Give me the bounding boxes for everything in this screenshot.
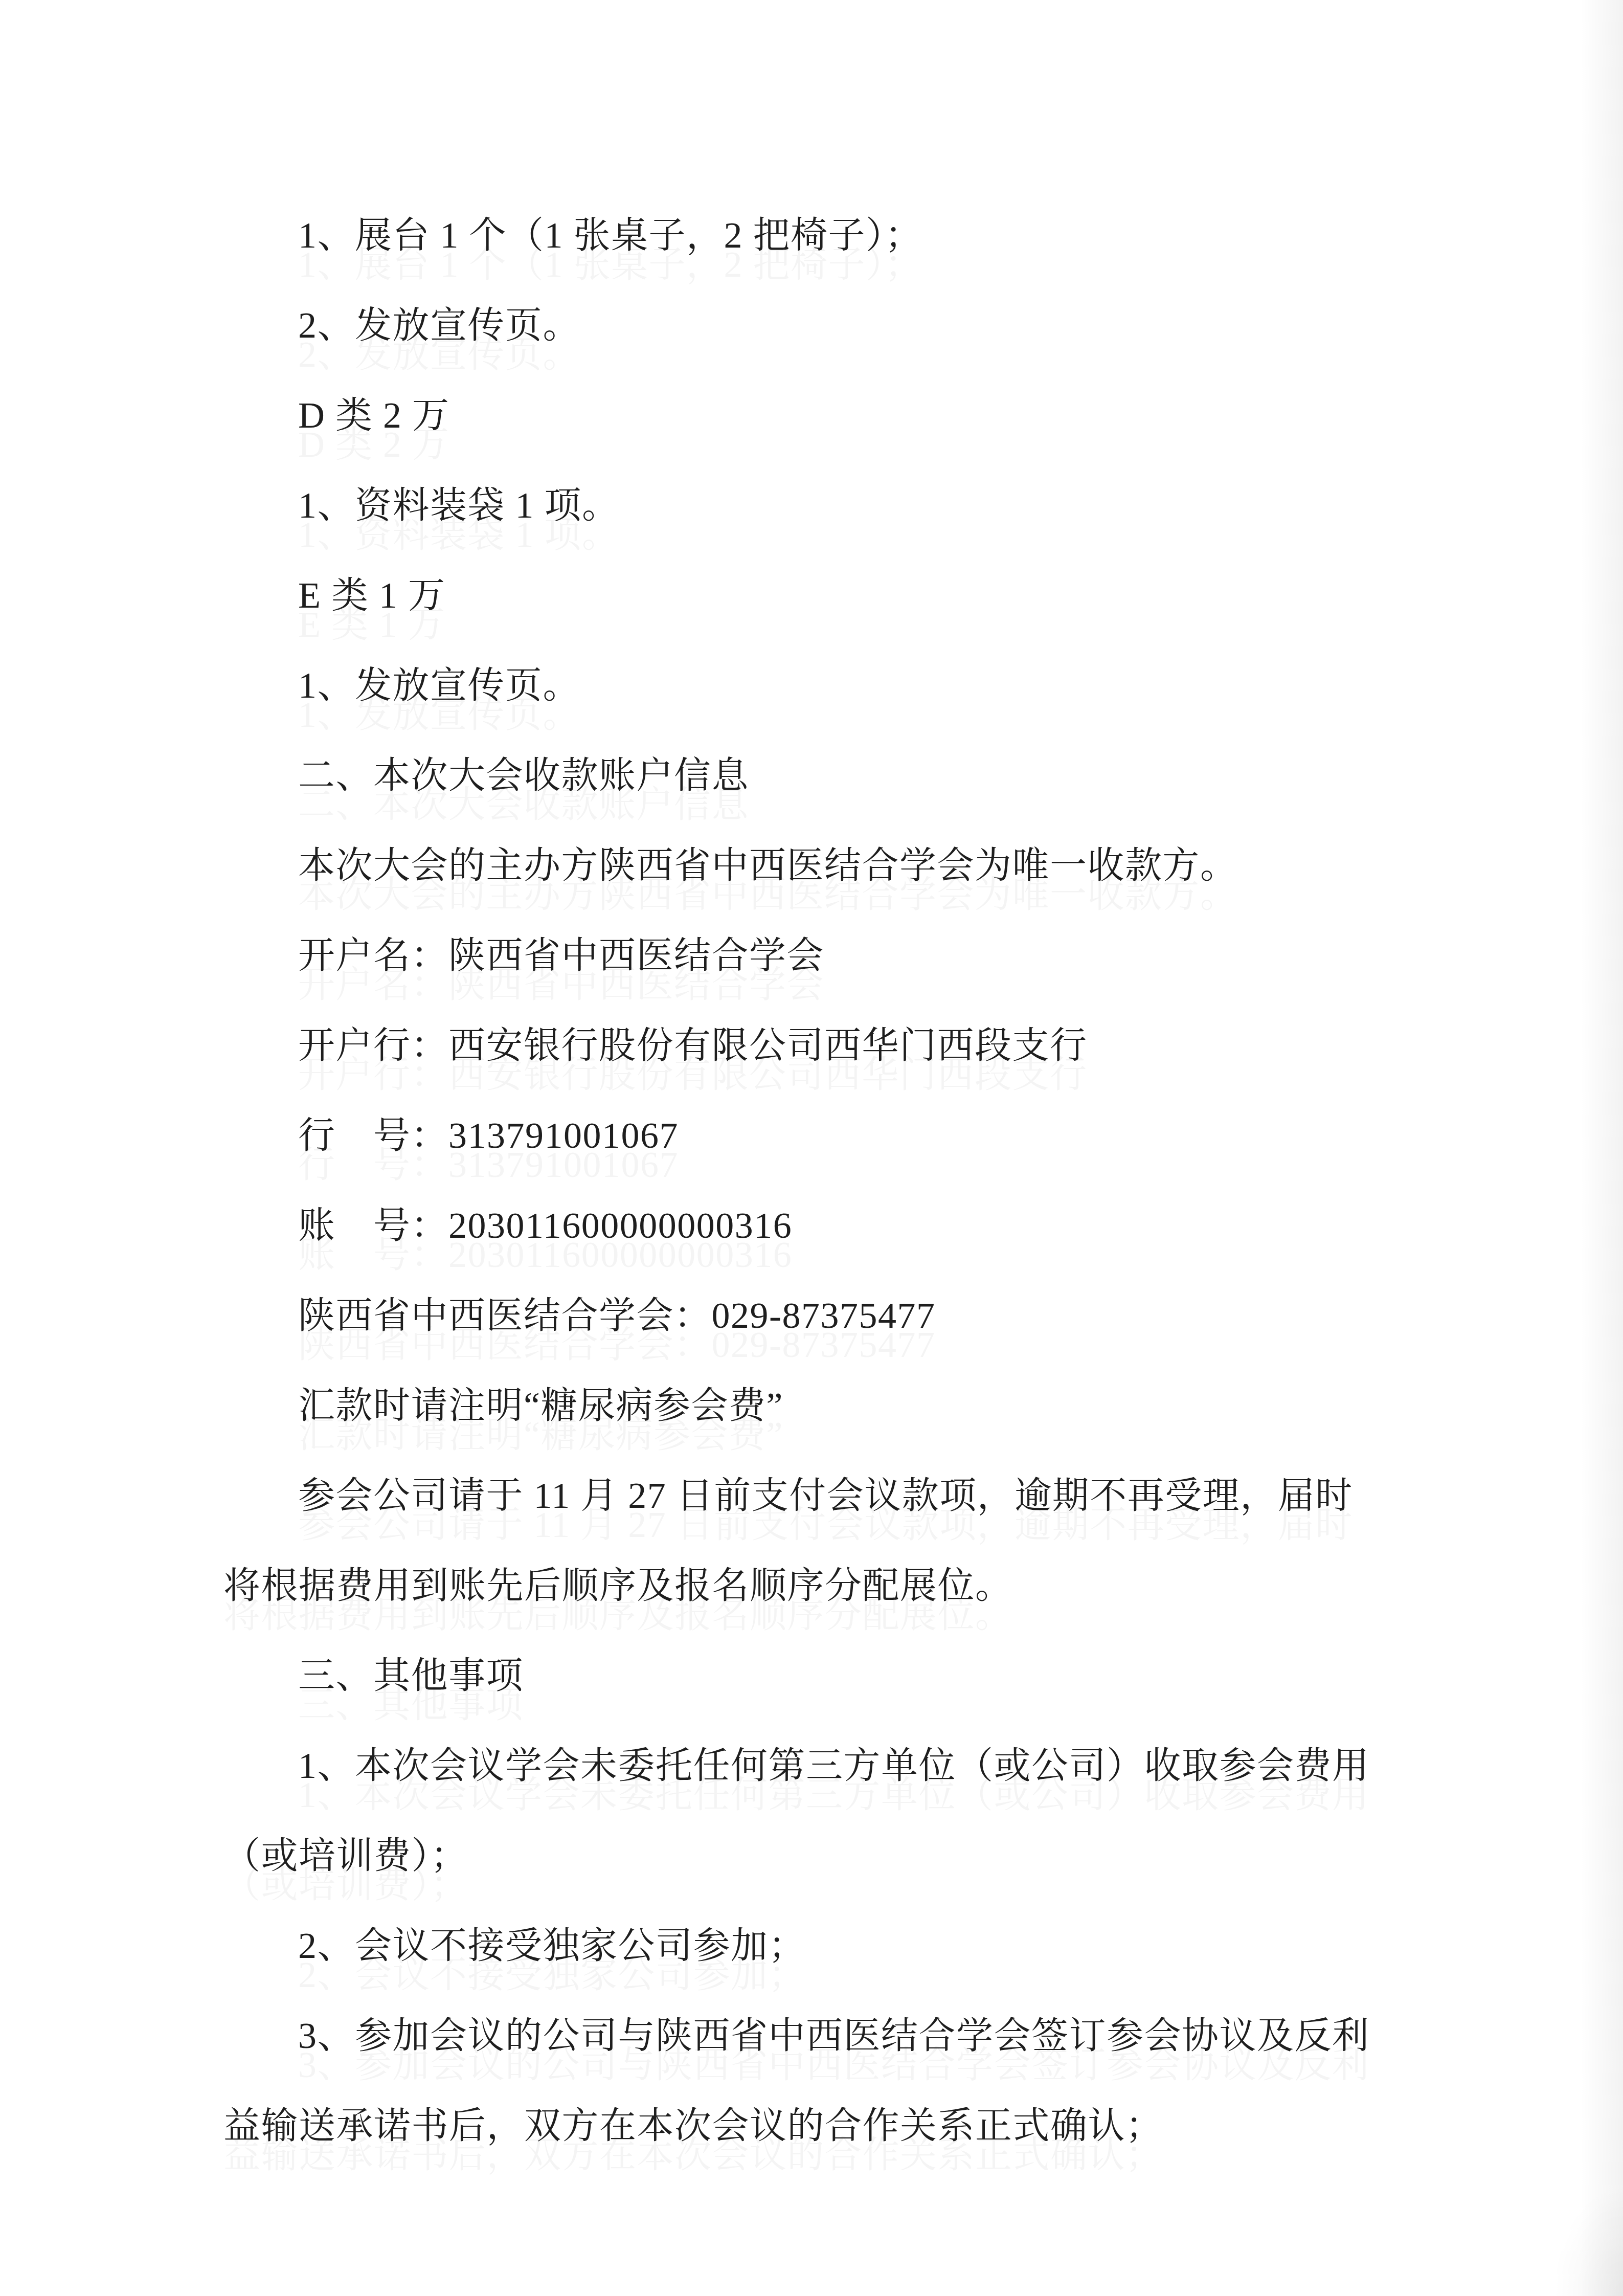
document-body: 1、展台 1 个（1 张桌子，2 把椅子）； 2、发放宣传页。 D 类 2 万 … (223, 190, 1400, 2171)
other-item-1-line-1: 1、本次会议学会未委托任何第三方单位（或公司）收取参会费用 (223, 1721, 1400, 1811)
class-d-heading: D 类 2 万 (223, 370, 1400, 460)
section-2-heading: 二、本次大会收款账户信息 (223, 730, 1400, 820)
scan-corner-smudge (1551, 2183, 1623, 2296)
payment-deadline-line-1: 参会公司请于 11 月 27 日前支付会议款项，逾期不再受理，届时 (223, 1451, 1400, 1541)
payment-deadline-line-2: 将根据费用到账先后顺序及报名顺序分配展位。 (223, 1541, 1400, 1631)
class-c-item-flyers: 2、发放宣传页。 (223, 280, 1400, 370)
bank-branch-line: 开户行：西安银行股份有限公司西华门西段支行 (223, 1000, 1400, 1090)
other-item-2: 2、会议不接受独家公司参加； (223, 1901, 1400, 1991)
class-e-item-flyers: 1、发放宣传页。 (223, 640, 1400, 730)
payee-statement: 本次大会的主办方陕西省中西医结合学会为唯一收款方。 (223, 820, 1400, 910)
class-e-heading: E 类 1 万 (223, 550, 1400, 640)
account-number-line: 账 号：203011600000000316 (223, 1180, 1400, 1270)
section-3-heading: 三、其他事项 (223, 1631, 1400, 1721)
other-item-1-line-2: （或培训费）； (223, 1811, 1400, 1901)
bank-number-line: 行 号：313791001067 (223, 1090, 1400, 1180)
class-d-item-materials: 1、资料装袋 1 项。 (223, 460, 1400, 550)
scan-edge-shading (1580, 0, 1623, 2296)
other-item-3-line-2: 益输送承诺书后，双方在本次会议的合作关系正式确认； (223, 2081, 1400, 2171)
class-c-item-booth: 1、展台 1 个（1 张桌子，2 把椅子）； (223, 190, 1400, 280)
account-name-line: 开户名：陕西省中西医结合学会 (223, 910, 1400, 1000)
other-item-3-line-1: 3、参加会议的公司与陕西省中西医结合学会签订参会协议及反利 (223, 1991, 1400, 2081)
remittance-note-line: 汇款时请注明“糖尿病参会费” (223, 1361, 1400, 1451)
contact-phone-line: 陕西省中西医结合学会：029-87375477 (223, 1270, 1400, 1361)
scanned-document-page: 1、展台 1 个（1 张桌子，2 把椅子）； 2、发放宣传页。 D 类 2 万 … (0, 0, 1623, 2296)
